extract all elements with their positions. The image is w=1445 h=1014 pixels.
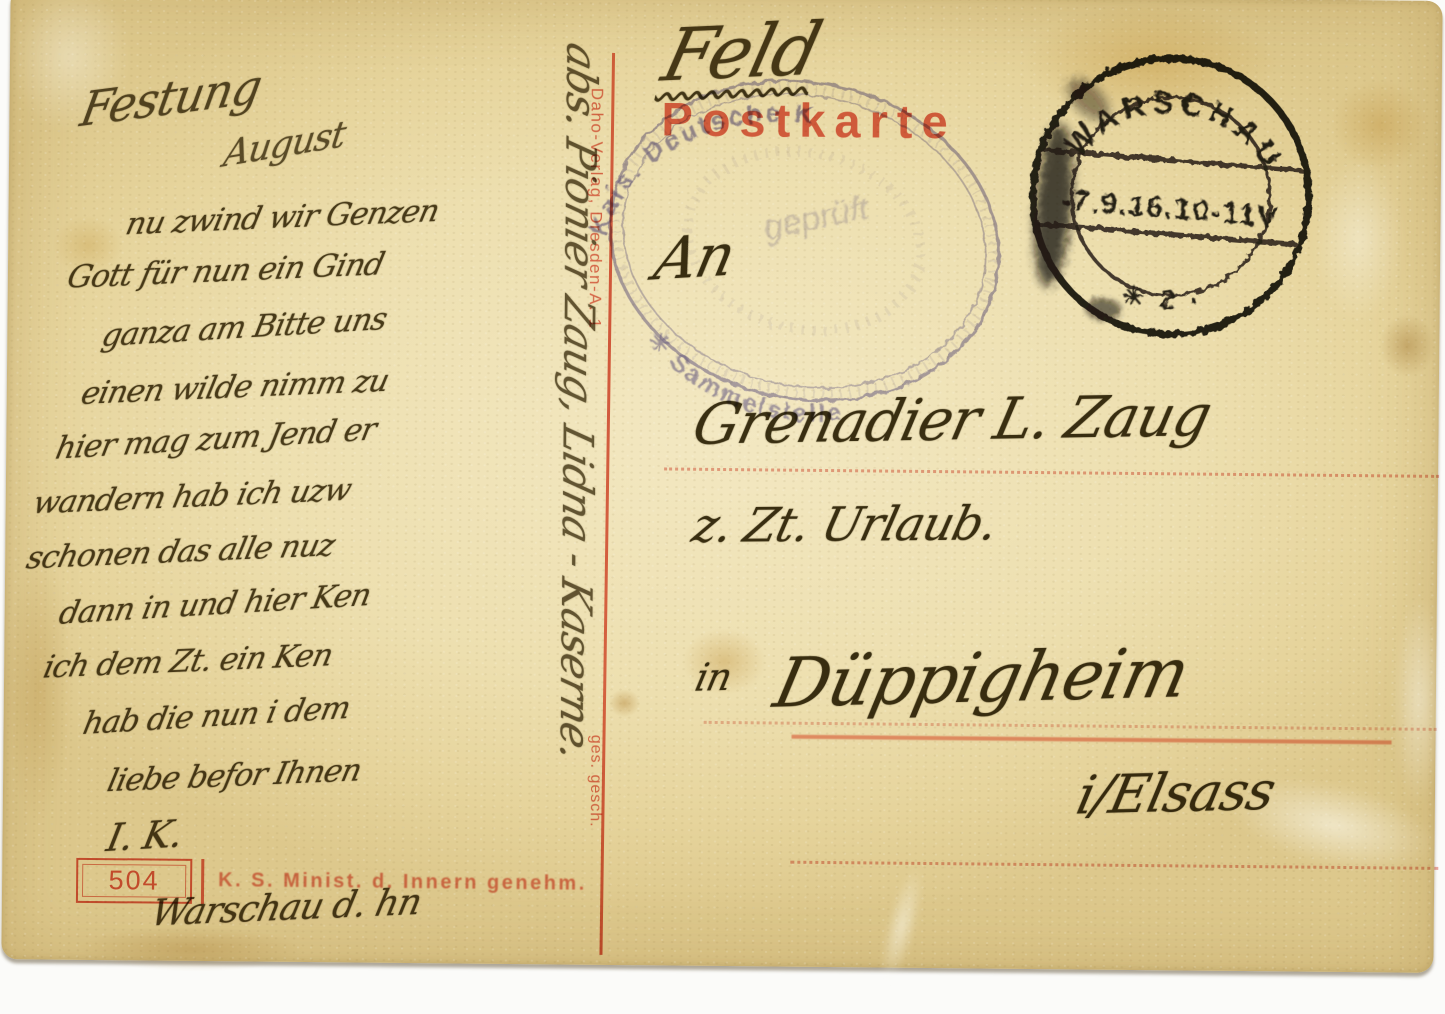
message-line: wandern hab ich uzw (30, 472, 355, 522)
control-number-box: 504 (76, 858, 192, 904)
ministry-imprint: K. S. Minist. d. Innern genehm. (218, 869, 587, 896)
censor-arc-bottom-text: ✳ Sammelstelle (631, 322, 857, 439)
svg-text:✳ Sammelstelle: ✳ Sammelstelle (631, 322, 857, 439)
status-handwriting: z. Zt. Urlaub. (687, 496, 1003, 553)
censor-stamp: Kais. Deutsche K ✳ Sammelstelle geprüft (584, 49, 1024, 445)
postmark-stamp: WARSCHAU -7.9.16.10-11V ✳ 2 · (1019, 45, 1322, 348)
region-handwriting: i/Elsass (1071, 760, 1280, 826)
scanned-postcard: Daho-Verlag, Dresden-A. 1 ges. gesch. Po… (0, 0, 1445, 995)
message-line: hier mag zum Jend er (53, 411, 380, 467)
postmark-ink-smudge (1085, 297, 1123, 322)
control-number: 504 (108, 865, 159, 896)
message-line: Festung (76, 59, 265, 138)
address-guide-line-solid (792, 735, 1392, 745)
message-line: einen wilde nimm zu (78, 363, 392, 412)
worn-patch (1383, 560, 1445, 841)
message-line: I. K. (103, 811, 187, 860)
postcard-paper: Daho-Verlag, Dresden-A. 1 ges. gesch. Po… (1, 0, 1442, 973)
crease-mark (862, 843, 941, 995)
stain (1367, 300, 1445, 391)
control-box-tick (201, 859, 204, 904)
message-line: Gott für nun ein Gind (64, 246, 387, 296)
address-guide-line (790, 861, 1438, 870)
message-line: schonen das alle nuz (23, 527, 338, 576)
message-line: ich dem Zt. ein Ken (40, 637, 336, 686)
message-line: August (221, 113, 348, 176)
stain (1309, 60, 1445, 191)
stain (602, 683, 647, 723)
in-handwriting: in (691, 655, 735, 700)
message-line: dann in und hier Ken (56, 577, 374, 632)
address-guide-line (664, 467, 1439, 477)
message-line: nu zwind wir Genzen (122, 193, 442, 243)
message-line: hab die nun i dem (80, 690, 353, 743)
postmark-bottom-row: ✳ 2 · (1121, 281, 1205, 317)
city-handwriting: Düppigheim (767, 634, 1195, 724)
censor-inner-word: geprüft (760, 189, 873, 248)
message-line: ganza am Bitte uns (99, 301, 390, 355)
censor-illegible-inner-text (670, 129, 939, 352)
message-line: liebe befor Ihnen (104, 752, 365, 799)
